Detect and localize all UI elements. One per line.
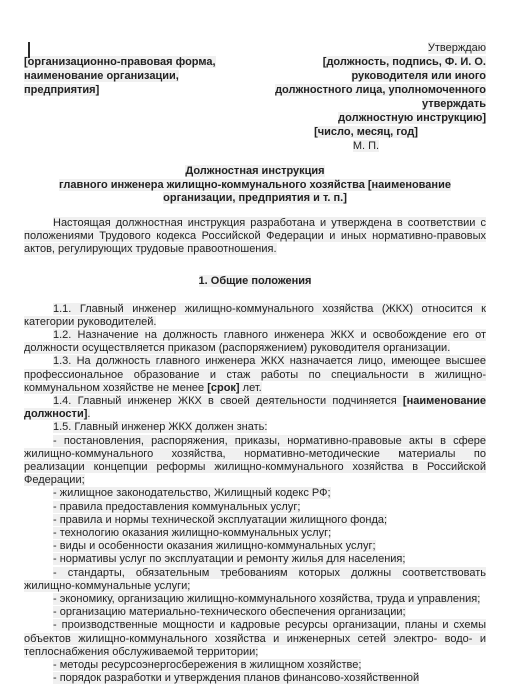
approver-placeholder-text: утверждать [422, 98, 486, 110]
approver-placeholder-block: [должность, подпись, Ф. И. О. руководите… [246, 55, 486, 125]
approver-sub-block: [число, месяц, год] М. П. [246, 125, 486, 153]
approver-placeholder-text: [должность, подпись, Ф. И. О. [323, 56, 486, 68]
document-title-line: Должностная инструкция [24, 165, 486, 179]
clause-1-5: 1.5. Главный инженер ЖКХ должен знать: [24, 421, 486, 434]
org-placeholder-text: предприятия] [24, 84, 99, 96]
know-list-item: - правила предоставления коммунальных ус… [24, 501, 486, 514]
approver-placeholder-line: руководителя или иного [246, 69, 486, 83]
know-list-item: - жилищное законодательство, Жилищный ко… [24, 487, 486, 500]
document-title-line: главного инженера жилищно-коммунального … [24, 179, 486, 193]
date-placeholder: [число, месяц, год] [246, 125, 486, 139]
text-cursor-icon [28, 42, 30, 58]
intro-paragraph: Настоящая должностная инструкция разрабо… [24, 217, 486, 257]
approver-placeholder-text: руководителя или иного [351, 70, 486, 82]
know-list-item: - стандарты, обязательным требованиям ко… [24, 567, 486, 593]
know-list-item-text: - производственные мощности и кадровые р… [24, 619, 486, 657]
know-list-item: - экономику, организацию жилищно-коммуна… [24, 593, 486, 606]
term-placeholder: [срок] [207, 382, 239, 394]
know-list-item-text: - виды и особенности оказания жилищно-ко… [53, 540, 376, 552]
know-list-item: - постановления, распоряжения, приказы, … [24, 435, 486, 488]
org-placeholder-line: предприятия] [24, 83, 216, 97]
know-list-item-text: - жилищное законодательство, Жилищный ко… [53, 487, 331, 499]
org-placeholder-text: [организационно-правовая форма, [24, 56, 216, 68]
clause-1-2: 1.2. Назначение на должность главного ин… [24, 329, 486, 355]
approve-row: Утверждаю [24, 41, 486, 55]
document-title-line: организации, предприятия и т. п.] [24, 192, 486, 206]
approver-placeholder-text: должностного лица, уполномоченного [275, 84, 486, 96]
section-1-heading-text: 1. Общие положения [199, 275, 312, 287]
approver-column: [должность, подпись, Ф. И. О. руководите… [246, 55, 486, 153]
document-title-text: организации, предприятия и т. п.] [163, 192, 347, 204]
clause-1-3-text: 1.3. На должность главного инженера ЖКХ … [24, 355, 486, 393]
document-title-text: Должностная инструкция [185, 165, 324, 177]
know-list-item-text: - правила и нормы технической эксплуатац… [53, 514, 387, 526]
know-list-item-text: - порядок разработки и утверждения плано… [53, 672, 419, 684]
know-list-item-text: - нормативы услуг по эксплуатации и ремо… [53, 553, 405, 565]
org-placeholder-line: наименование организации, [24, 69, 216, 83]
approver-placeholder-line: утверждать [246, 97, 486, 111]
date-placeholder-text: [число, месяц, год] [314, 126, 418, 138]
approver-placeholder-line: должностную инструкцию] [246, 111, 486, 125]
org-placeholder-text: наименование организации, [24, 70, 179, 82]
approver-placeholder-line: должностного лица, уполномоченного [246, 83, 486, 97]
know-list-item: - производственные мощности и кадровые р… [24, 619, 486, 659]
know-list-item: - правила и нормы технической эксплуатац… [24, 514, 486, 527]
clause-1-2-text: 1.2. Назначение на должность главного ин… [24, 329, 486, 354]
intro-paragraph-text: Настоящая должностная инструкция разрабо… [24, 217, 486, 255]
clause-1-5-text: 1.5. Главный инженер ЖКХ должен знать: [53, 421, 267, 433]
clause-1-3: 1.3. На должность главного инженера ЖКХ … [24, 355, 486, 395]
clause-1-3-segment: лет. [240, 382, 262, 394]
know-list-item: - методы ресурсоэнергосбережения в жилищ… [24, 659, 486, 672]
know-list-item-text: - правила предоставления коммунальных ус… [53, 501, 300, 513]
approver-placeholder-text: должностную инструкцию] [338, 112, 486, 124]
document-title: Должностная инструкция главного инженера… [24, 165, 486, 206]
clause-1-4-segment: 1.4. Главный инженер ЖКХ в своей деятель… [53, 395, 403, 407]
approve-label: Утверждаю [428, 42, 486, 54]
know-list-item: - виды и особенности оказания жилищно-ко… [24, 540, 486, 553]
clause-1-1: 1.1. Главный инженер жилищно-коммунально… [24, 303, 486, 329]
clause-1-4-text: 1.4. Главный инженер ЖКХ в своей деятель… [24, 395, 486, 420]
know-list-item-text: - экономику, организацию жилищно-коммуна… [53, 593, 480, 605]
approver-placeholder-line: [должность, подпись, Ф. И. О. [246, 55, 486, 69]
clause-1-1-text: 1.1. Главный инженер жилищно-коммунально… [24, 303, 486, 328]
document-page: Утверждаю [организационно-правовая форма… [0, 0, 512, 699]
org-placeholder-block: [организационно-правовая форма, наименов… [24, 55, 216, 97]
know-list-item-text: - постановления, распоряжения, приказы, … [24, 435, 486, 487]
clause-1-4: 1.4. Главный инженер ЖКХ в своей деятель… [24, 395, 486, 421]
know-list-item-text: - организацию материально-технического о… [53, 606, 406, 618]
seal-mark-text: М. П. [353, 140, 379, 152]
header-columns: [организационно-правовая форма, наименов… [24, 55, 486, 153]
document-title-text: главного инженера жилищно-коммунального … [59, 179, 451, 191]
know-list-item-text: - технологию оказания жилищно-коммунальн… [53, 527, 331, 539]
know-list-item-text: - стандарты, обязательным требованиям ко… [24, 567, 486, 592]
know-list-item-text: - методы ресурсоэнергосбережения в жилищ… [53, 659, 361, 671]
clause-1-4-segment: . [87, 408, 90, 420]
section-1-heading: 1. Общие положения [24, 275, 486, 289]
seal-mark: М. П. [246, 139, 486, 153]
org-placeholder-line: [организационно-правовая форма, [24, 55, 216, 69]
know-list-item: - нормативы услуг по эксплуатации и ремо… [24, 553, 486, 566]
know-list-item: - порядок разработки и утверждения плано… [24, 672, 486, 685]
know-list-item: - организацию материально-технического о… [24, 606, 486, 619]
know-list-item: - технологию оказания жилищно-коммунальн… [24, 527, 486, 540]
